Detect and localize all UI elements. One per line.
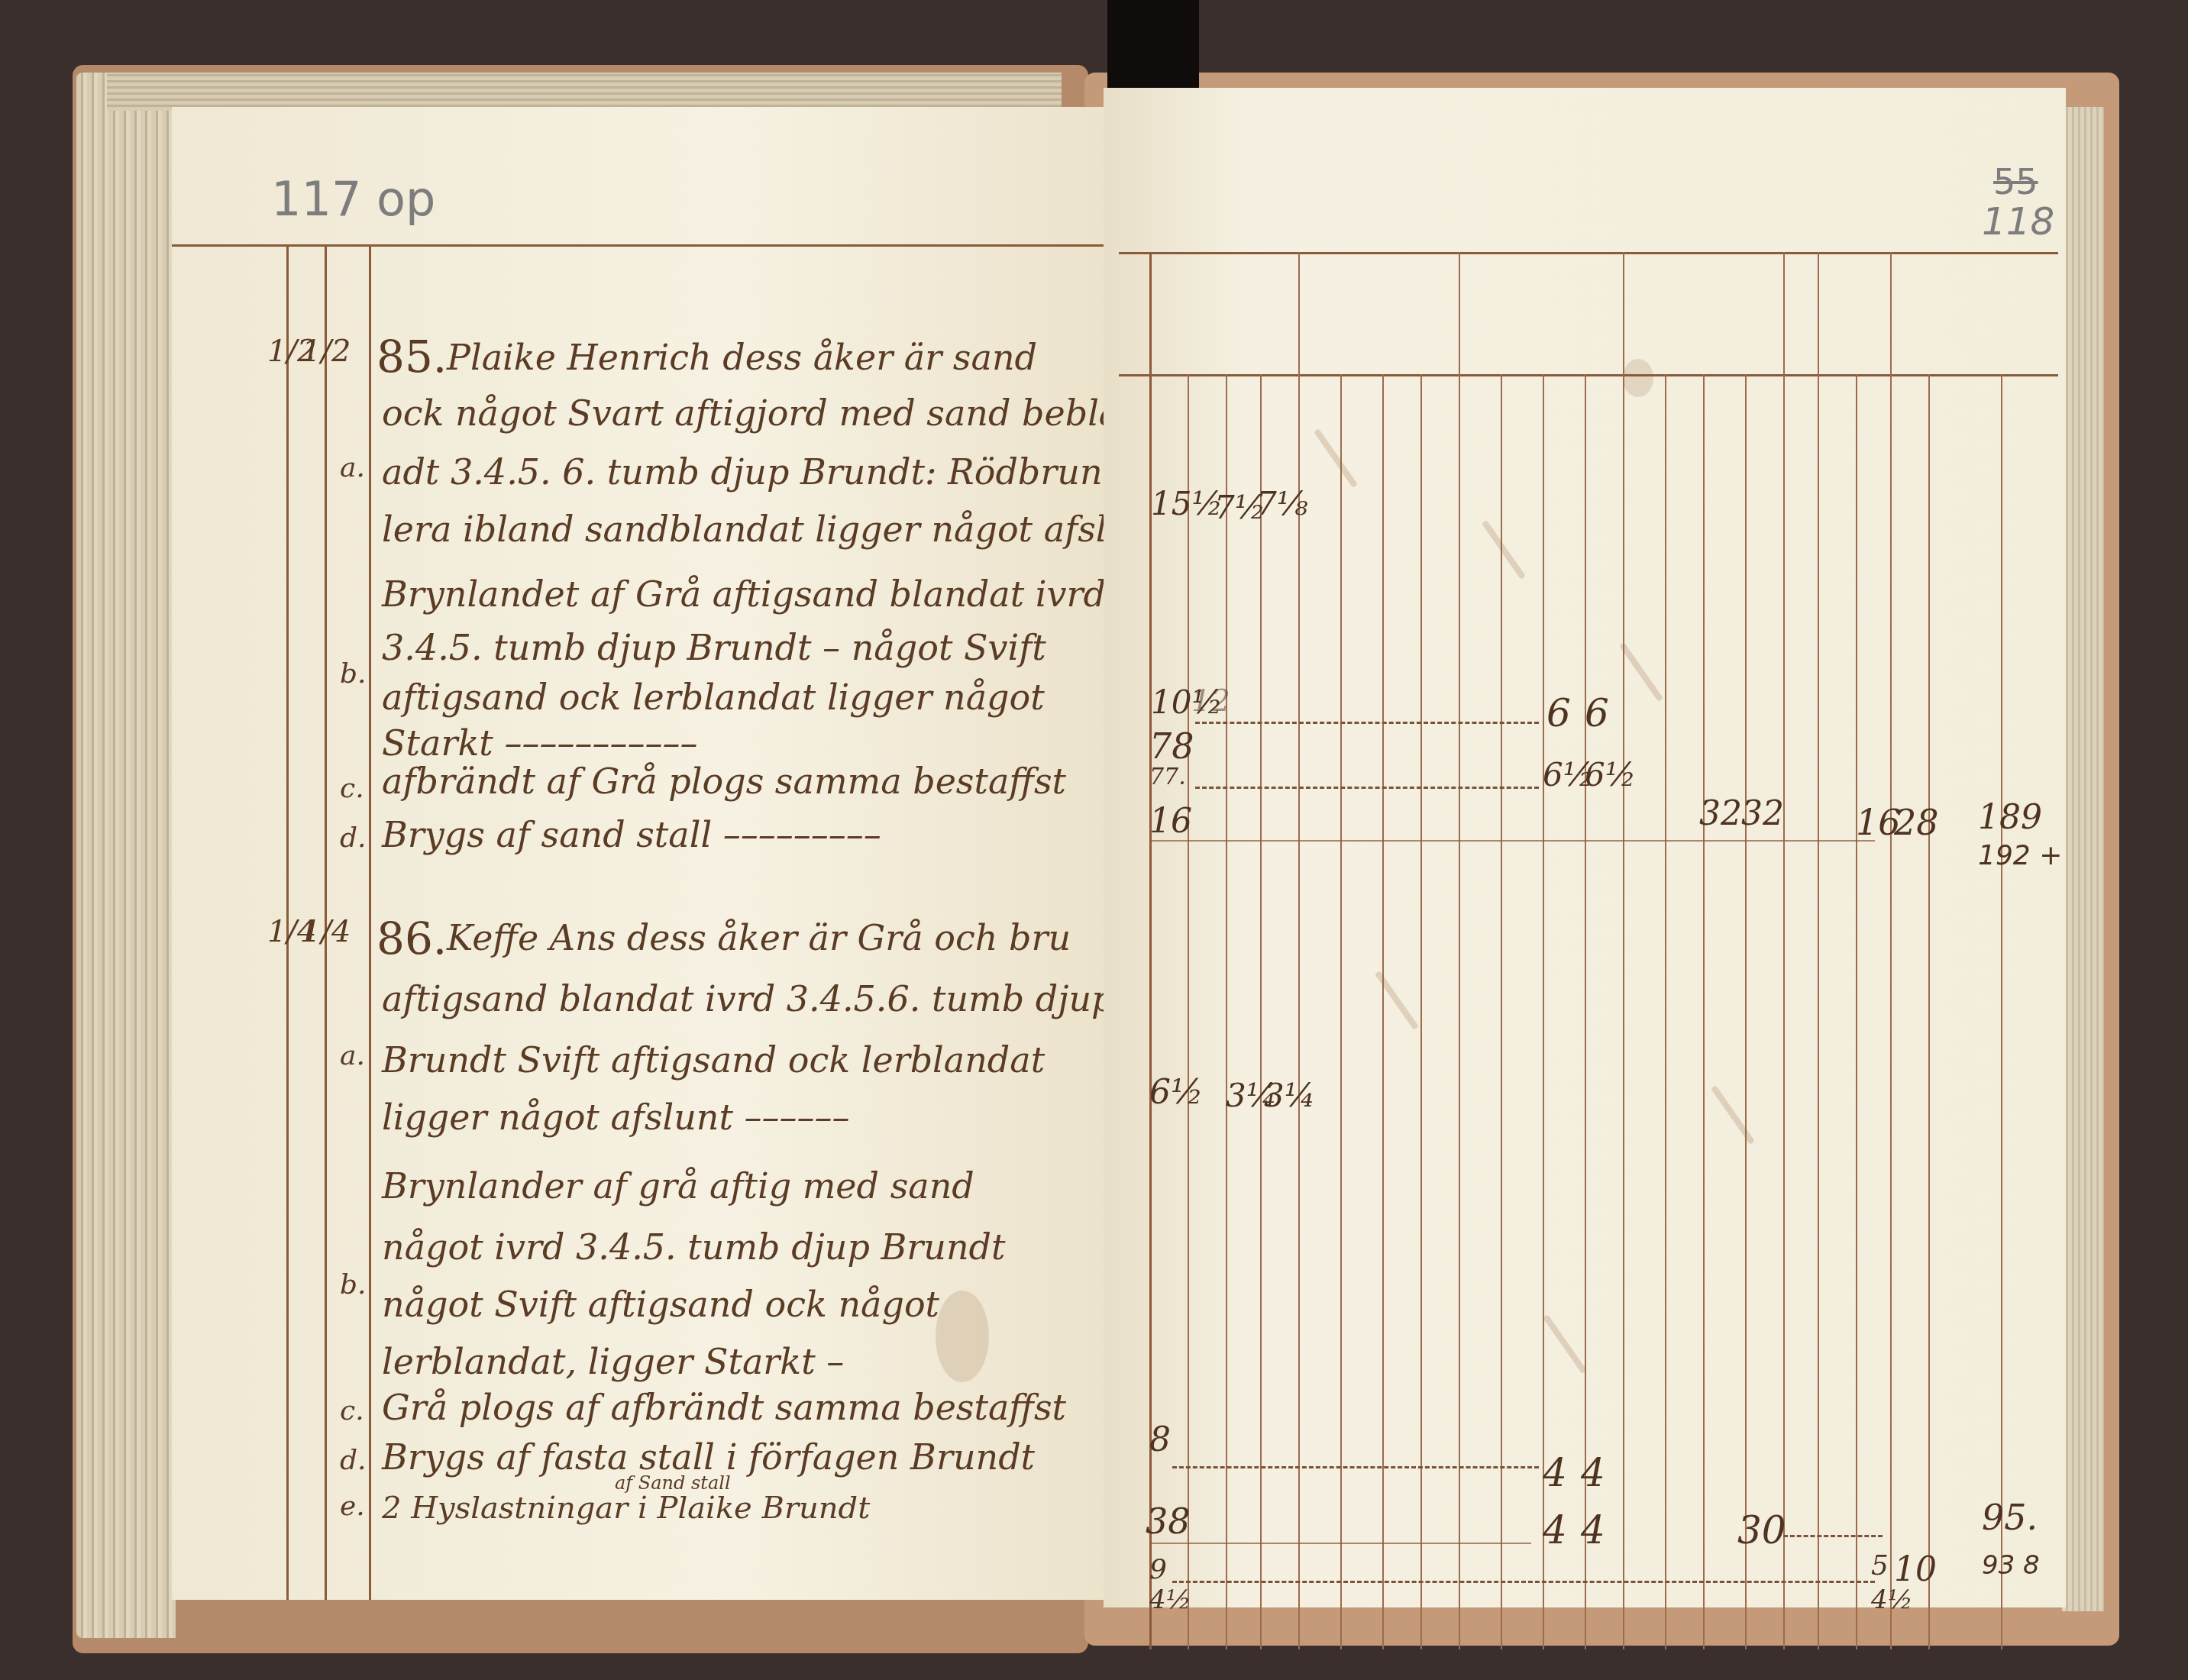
dashed-fill [1172, 1581, 1875, 1583]
entry-line: något ivrd 3.4.5. tumb djup Brundt [382, 1229, 1006, 1265]
column-rule [1501, 374, 1502, 1649]
pencil-note: 117 op [271, 176, 435, 223]
entry-line: Starkt ––––––––––– [382, 725, 697, 761]
column-rule [1226, 374, 1227, 1649]
bleed-through [1543, 1314, 1587, 1374]
folio-old: 55 [1993, 164, 2038, 199]
cell-value: 4½ [1149, 1585, 1191, 1615]
page-edges-right [2062, 107, 2104, 1611]
bleed-through [1482, 520, 1526, 580]
entry-line: Brynlandet af Grå aftigsand blandat ivrd… [382, 577, 1139, 612]
cell-value: 6½ [1585, 756, 1636, 793]
cell-value: 4 [1581, 1451, 1605, 1495]
column-rule [1703, 374, 1705, 1649]
column-rule [1665, 374, 1666, 1649]
column-rule [1745, 374, 1747, 1649]
entry-line: Brygs af sand stall ––––––––– [382, 817, 881, 852]
pencil-total: 192 + [1978, 840, 2062, 871]
column-rule [1298, 252, 1300, 1649]
entry-line: aftigsand blandat ivrd 3.4.5.6. tumb dju… [382, 981, 1114, 1016]
cell-value: 28 [1894, 802, 1939, 843]
entry-line: Keffe Ans dess åker är Grå och bru [447, 920, 1071, 955]
bleed-through [1711, 1085, 1755, 1145]
entry-line: lera ibland sandblandat ligger något afs… [382, 512, 1166, 547]
cell-value: 12 [1191, 683, 1230, 719]
entry-line: Brygs af fasta stall i förfagen Brundt [382, 1439, 1035, 1475]
interlinear-note: af Sand stall [615, 1474, 731, 1492]
line-label: c. [340, 775, 364, 803]
cell-value: 4 [1581, 1508, 1605, 1552]
column-rule [1890, 252, 1892, 1649]
cell-value: 3¼ [1264, 1077, 1315, 1114]
cell-value: 30 [1737, 1508, 1786, 1552]
entry-line: Plaike Henrich dess åker är sand [447, 340, 1037, 375]
column-rule [1260, 374, 1262, 1649]
cell-value: 32 [1699, 794, 1742, 833]
margin-column-rule-3 [369, 244, 371, 1600]
line-label: b. [340, 1271, 367, 1299]
cell-value: 77. [1149, 764, 1186, 790]
row-rule [1149, 840, 1875, 842]
entry-line: aftigsand ock lerblandat ligger något [382, 680, 1045, 715]
cell-value: 6½ [1149, 1073, 1204, 1112]
cell-value: 16 [1149, 802, 1192, 841]
cell-value: 10 [1894, 1550, 1937, 1589]
cell-value: 6 [1546, 691, 1571, 735]
entry-line: Brynlander af grå aftig med sand [382, 1168, 974, 1203]
entry-line: något Svift aftigsand ock något [382, 1287, 939, 1322]
right-page: 55 118 15½ 7½ 7⅛ 10½ 12 6 6 78 77. 6½ 6½… [1104, 88, 2066, 1607]
cell-value: 7⅛ [1256, 485, 1307, 522]
cell-value: 78 [1149, 725, 1194, 767]
column-rule [1420, 374, 1422, 1649]
entry-line: ock något Svart aftigjord med sand bebla… [382, 396, 1165, 431]
column-rule [1818, 252, 1819, 1649]
column-rule [1382, 374, 1384, 1649]
cell-value: 38 [1146, 1501, 1191, 1542]
dashed-fill [1783, 1535, 1883, 1537]
entry-line: adt 3.4.5. 6. tumb djup Brundt: Rödbrun [382, 454, 1103, 489]
line-label: c. [340, 1397, 364, 1425]
dashed-fill [1195, 787, 1539, 789]
folio-number: 118 [1982, 202, 2054, 241]
cell-value: 4½ [1871, 1585, 1913, 1615]
entry-line: afbrändt af Grå plogs samma bestaffst [382, 764, 1066, 799]
column-rule [1623, 252, 1624, 1649]
line-label: e. [340, 1493, 365, 1520]
column-rule [1928, 374, 1930, 1649]
bleed-through [1314, 428, 1358, 488]
entry-line: 3.4.5. tumb djup Brundt – något Svift [382, 630, 1046, 665]
cell-value: 6 [1585, 691, 1609, 735]
header-rule [172, 244, 1107, 247]
entry-number: 85. [377, 334, 447, 379]
bleed-through [1619, 642, 1663, 702]
cell-value: 9 [1149, 1554, 1167, 1585]
entry-line: lerblandat, ligger Starkt – [382, 1344, 844, 1379]
line-label: a. [340, 454, 365, 482]
cell-value: 5 [1871, 1550, 1889, 1581]
entry-line: 2 Hyslastningar i Plaike Brundt [382, 1493, 870, 1523]
cell-value: 8 [1149, 1420, 1171, 1459]
line-label: b. [340, 661, 367, 688]
column-rule [1783, 252, 1785, 1649]
header-rule-top [1119, 252, 2058, 254]
entry-line: Grå plogs af afbrändt samma bestaffst [382, 1390, 1066, 1425]
entry-line: Brundt Svift aftigsand ock lerblandat [382, 1042, 1045, 1077]
line-label: a. [340, 1042, 365, 1070]
page-edges-left [76, 73, 176, 1638]
cell-value: 4 [1543, 1451, 1567, 1495]
column-rule [1856, 374, 1857, 1649]
ink-stain [1623, 359, 1653, 397]
cell-value: 32 [1741, 794, 1784, 833]
entry-line: ligger något afslunt –––––– [382, 1100, 850, 1135]
pencil-total: 93 8 [1982, 1550, 2040, 1581]
cell-value: 4 [1543, 1508, 1567, 1552]
line-label: d. [340, 1447, 367, 1475]
book-spine [1107, 0, 1199, 99]
column-rule [1188, 374, 1189, 1649]
column-rule [1340, 374, 1342, 1649]
column-rule [1459, 252, 1460, 1649]
dashed-fill [1172, 1466, 1539, 1468]
row-total: 189 [1978, 798, 2042, 837]
row-rule [1149, 1543, 1531, 1544]
bleed-through [1375, 971, 1419, 1030]
row-total: 95. [1982, 1497, 2038, 1538]
cell-value: 15½ [1151, 485, 1223, 522]
left-page: 117 op 1/2 1/2 85. Plaike Henrich dess å… [172, 107, 1107, 1600]
entry-number: 86. [377, 916, 447, 961]
margin-fraction: 1/4 [302, 916, 351, 947]
line-label: d. [340, 825, 367, 852]
margin-fraction: 1/2 [302, 336, 351, 367]
page-edges-top [107, 73, 1062, 111]
ink-stain [936, 1291, 989, 1382]
dashed-fill [1195, 722, 1539, 724]
column-rule [2001, 374, 2002, 1649]
